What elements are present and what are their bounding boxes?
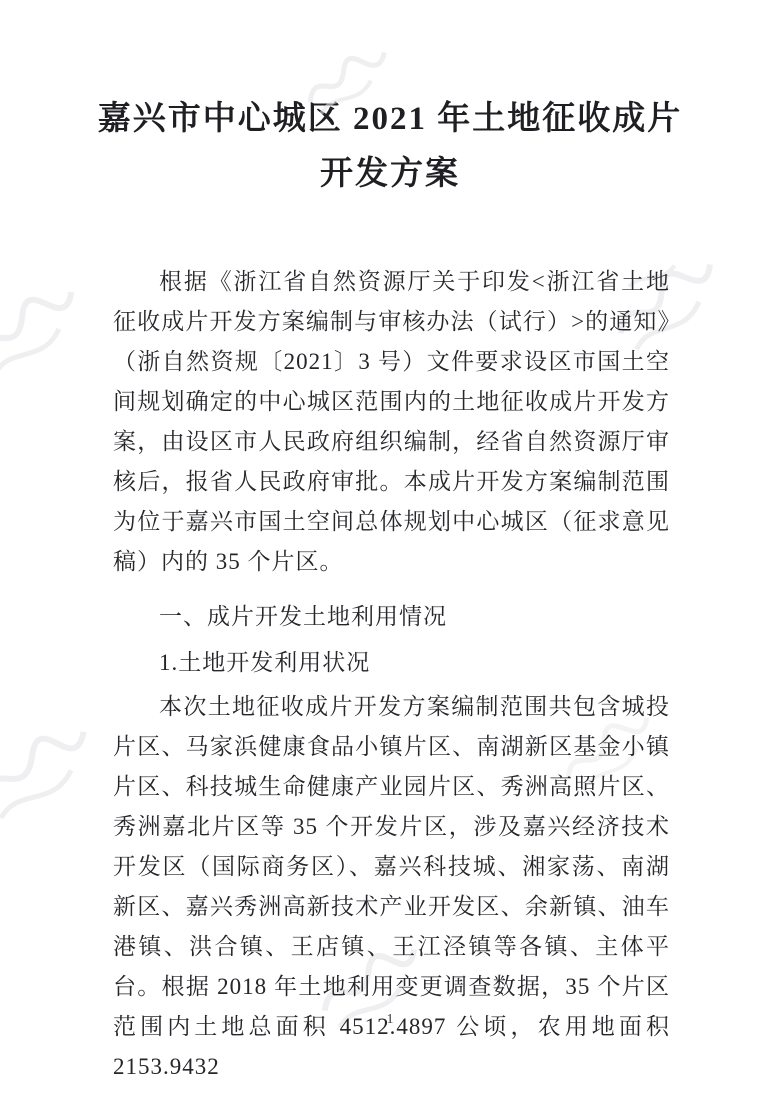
document-title-line1: 嘉兴市中心城区 2021 年土地征收成片 [0,92,780,147]
document-title: 嘉兴市中心城区 2021 年土地征收成片 开发方案 [0,92,780,202]
section-heading: 一、成片开发土地利用情况 [113,597,670,637]
watermark-squiggle-icon [0,273,95,387]
paragraph-intro: 根据《浙江省自然资源厅关于印发<浙江省土地征收成片开发方案编制与审核办法（试行）… [113,262,670,582]
document-body: 根据《浙江省自然资源厅关于印发<浙江省土地征收成片开发方案编制与审核办法（试行）… [113,262,670,1087]
page-number: 1 [0,1012,780,1028]
document-title-line2: 开发方案 [0,147,780,202]
watermark-squiggle-icon [0,711,107,831]
document-page: 嘉兴市中心城区 2021 年土地征收成片 开发方案 根据《浙江省自然资源厅关于印… [0,0,780,1103]
subsection-heading: 1.土地开发利用状况 [113,643,670,683]
